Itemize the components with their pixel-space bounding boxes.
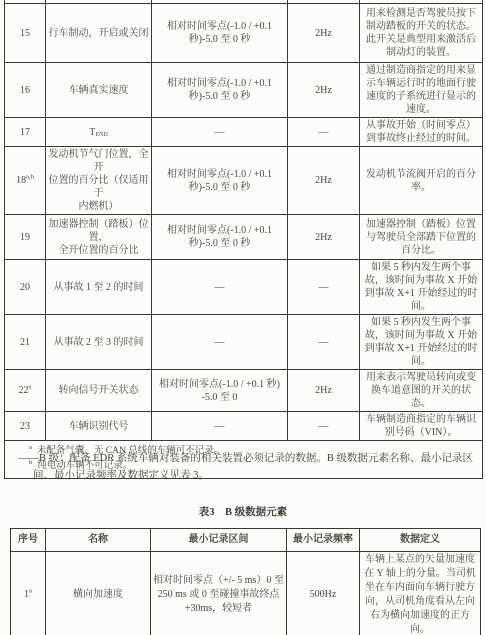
table-b-level-data-elements: 序号 名称 最小记录区间 最小记录频率 数据定义 1a 横向加速度 相对时间零点… [10,528,481,635]
cell-data-definition: 加速器控制（踏板）位置与驾驶员全部踏下位置的百分比。 [360,215,483,260]
table3-title: 表3 B 级数据元素 [0,504,486,519]
cell-row-number: 15 [5,4,46,63]
header-min-record-frequency: 最小记录频率 [287,529,360,552]
paragraph-b-level-description: ——B 级：配备 EDR 系统车辆对装备的相关装置必须记录的数据。B 级数据元素… [18,450,480,484]
cell-data-definition: 从事故开始（时间零点）到事故终止经过的时间。 [360,118,483,147]
cell-record-interval: 相对时间零点(-1.0 / +0.1 秒)-5.0 至 0 秒 [152,63,288,118]
cell-element-name: 车辆识别代号 [46,412,152,441]
cell-element-name: TEND [46,118,152,147]
cell-record-interval: — [152,260,288,315]
cell-element-name: 从事故 1 至 2 的时间 [46,260,152,315]
cell-record-frequency: 2Hz [288,215,360,260]
cell-data-definition: 如果 5 秒内发生两个事故，该时间为事故 X 开始到事故 X+1 开始经过的时间… [360,260,483,315]
cell-element-name: 横向加速度 [46,552,151,635]
header-min-record-interval: 最小记录区间 [151,529,287,552]
table-row: 21 从事故 2 至 3 的时间 — — 如果 5 秒内发生两个事故，该时间为事… [5,315,483,370]
cell-record-frequency: 500Hz [287,552,360,635]
table-row: 20 从事故 1 至 2 的时间 — — 如果 5 秒内发生两个事故，该时间为事… [5,260,483,315]
cell-element-name: 发动机节气门位置，全开 位置的百分比（仅适用于 内燃机） [46,147,152,215]
header-name: 名称 [46,529,151,552]
cell-record-frequency: 2Hz [288,4,360,63]
cell-record-frequency: 2Hz [288,63,360,118]
cell-element-name: 从事故 2 至 3 的时间 [46,315,152,370]
cell-record-interval: — [152,412,288,441]
paragraph-line-1: ——B 级：配备 EDR 系统车辆对装备的相关装置必须记录的数据。B 级数据元素… [18,450,480,467]
table-row: 18a,b 发动机节气门位置，全开 位置的百分比（仅适用于 内燃机） 相对时间零… [5,147,483,215]
table-row: 1a 横向加速度 相对时间零点（+/- 5 ms）0 至 250 ms 或 0 … [11,552,481,635]
scanned-standard-page: { "colors": { "page_background": "#fcfcf… [0,0,486,635]
table-a-level-data-elements: 15 行车制动，开启或关闭 相对时间零点(-1.0 / +0.1 秒)-5.0 … [4,0,483,479]
cell-data-definition: 发动机节流阀开启的百分率。 [360,147,483,215]
cell-record-frequency: — [288,118,360,147]
cell-record-frequency: — [288,315,360,370]
cell-record-interval: 相对时间零点(-1.0 / +0.1 秒)-5.0 至 0 秒 [152,147,288,215]
cell-record-frequency: — [288,260,360,315]
cell-record-frequency: 2Hz [288,147,360,215]
cell-element-name: 行车制动，开启或关闭 [46,4,152,63]
cell-row-number: 20 [5,260,46,315]
cell-record-interval: 相对时间零点（+/- 5 ms）0 至 250 ms 或 0 至碰撞事故终点 +… [151,552,287,635]
table-row: 16 车辆真实速度 相对时间零点(-1.0 / +0.1 秒)-5.0 至 0 … [5,63,483,118]
cell-data-definition: 车辆上某点的矢量加速度在 Y 轴上的分量。当司机坐在车内面向车辆行驶方向，从司机… [360,552,481,635]
cell-record-interval: — [152,118,288,147]
cell-row-number: 17 [5,118,46,147]
cell-record-frequency: 2Hz [288,370,360,412]
cell-row-number: 21 [5,315,46,370]
cell-row-number: 18a,b [5,147,46,215]
cell-element-name: 加速器控制（踏板）位置， 全开位置的百分比 [46,215,152,260]
cell-element-name: 车辆真实速度 [46,63,152,118]
header-serial-number: 序号 [11,529,46,552]
cell-row-number: 19 [5,215,46,260]
cell-record-interval: 相对时间零点(-1.0 / +0.1 秒) -5.0 至 0 [152,370,288,412]
paragraph-line-2: 间、最小记录频率及数据定义见表 3。 [33,467,480,484]
header-data-definition: 数据定义 [360,529,481,552]
table-row: 19 加速器控制（踏板）位置， 全开位置的百分比 相对时间零点(-1.0 / +… [5,215,483,260]
table-row: 15 行车制动，开启或关闭 相对时间零点(-1.0 / +0.1 秒)-5.0 … [5,4,483,63]
cell-record-interval: — [152,315,288,370]
cell-row-number: 16 [5,63,46,118]
cell-record-frequency: — [288,412,360,441]
table-row: 22a 转向信号开关状态 相对时间零点(-1.0 / +0.1 秒) -5.0 … [5,370,483,412]
cell-data-definition: 用来表示驾驶员转向或变换车道意图的开关的状态。 [360,370,483,412]
table-header-row: 序号 名称 最小记录区间 最小记录频率 数据定义 [11,529,481,552]
table-row: 23 车辆识别代号 — — 车辆制造商指定的车辆识别号码（VIN）。 [5,412,483,441]
cell-data-definition: 车辆制造商指定的车辆识别号码（VIN）。 [360,412,483,441]
cell-row-number: 22a [5,370,46,412]
cell-row-number: 1a [11,552,46,635]
cell-data-definition: 如果 5 秒内发生两个事故，该时间为事故 X 开始到事故 X+1 开始经过的时间… [360,315,483,370]
table-row: 17 TEND — — 从事故开始（时间零点）到事故终止经过的时间。 [5,118,483,147]
cell-row-number: 23 [5,412,46,441]
cell-data-definition: 通过制造商指定的用来显示车辆运行时的地面行驶速度的子系统进行显示的速度。 [360,63,483,118]
cell-data-definition: 用来检测是否驾驶员按下制动踏板的开关的状态。此开关是典型用来激活后制动灯的装置。 [360,4,483,63]
cell-element-name: 转向信号开关状态 [46,370,152,412]
cell-record-interval: 相对时间零点(-1.0 / +0.1 秒)-5.0 至 0 秒 [152,4,288,63]
cell-record-interval: 相对时间零点(-1.0 / +0.1 秒)-5.0 至 0 秒 [152,215,288,260]
